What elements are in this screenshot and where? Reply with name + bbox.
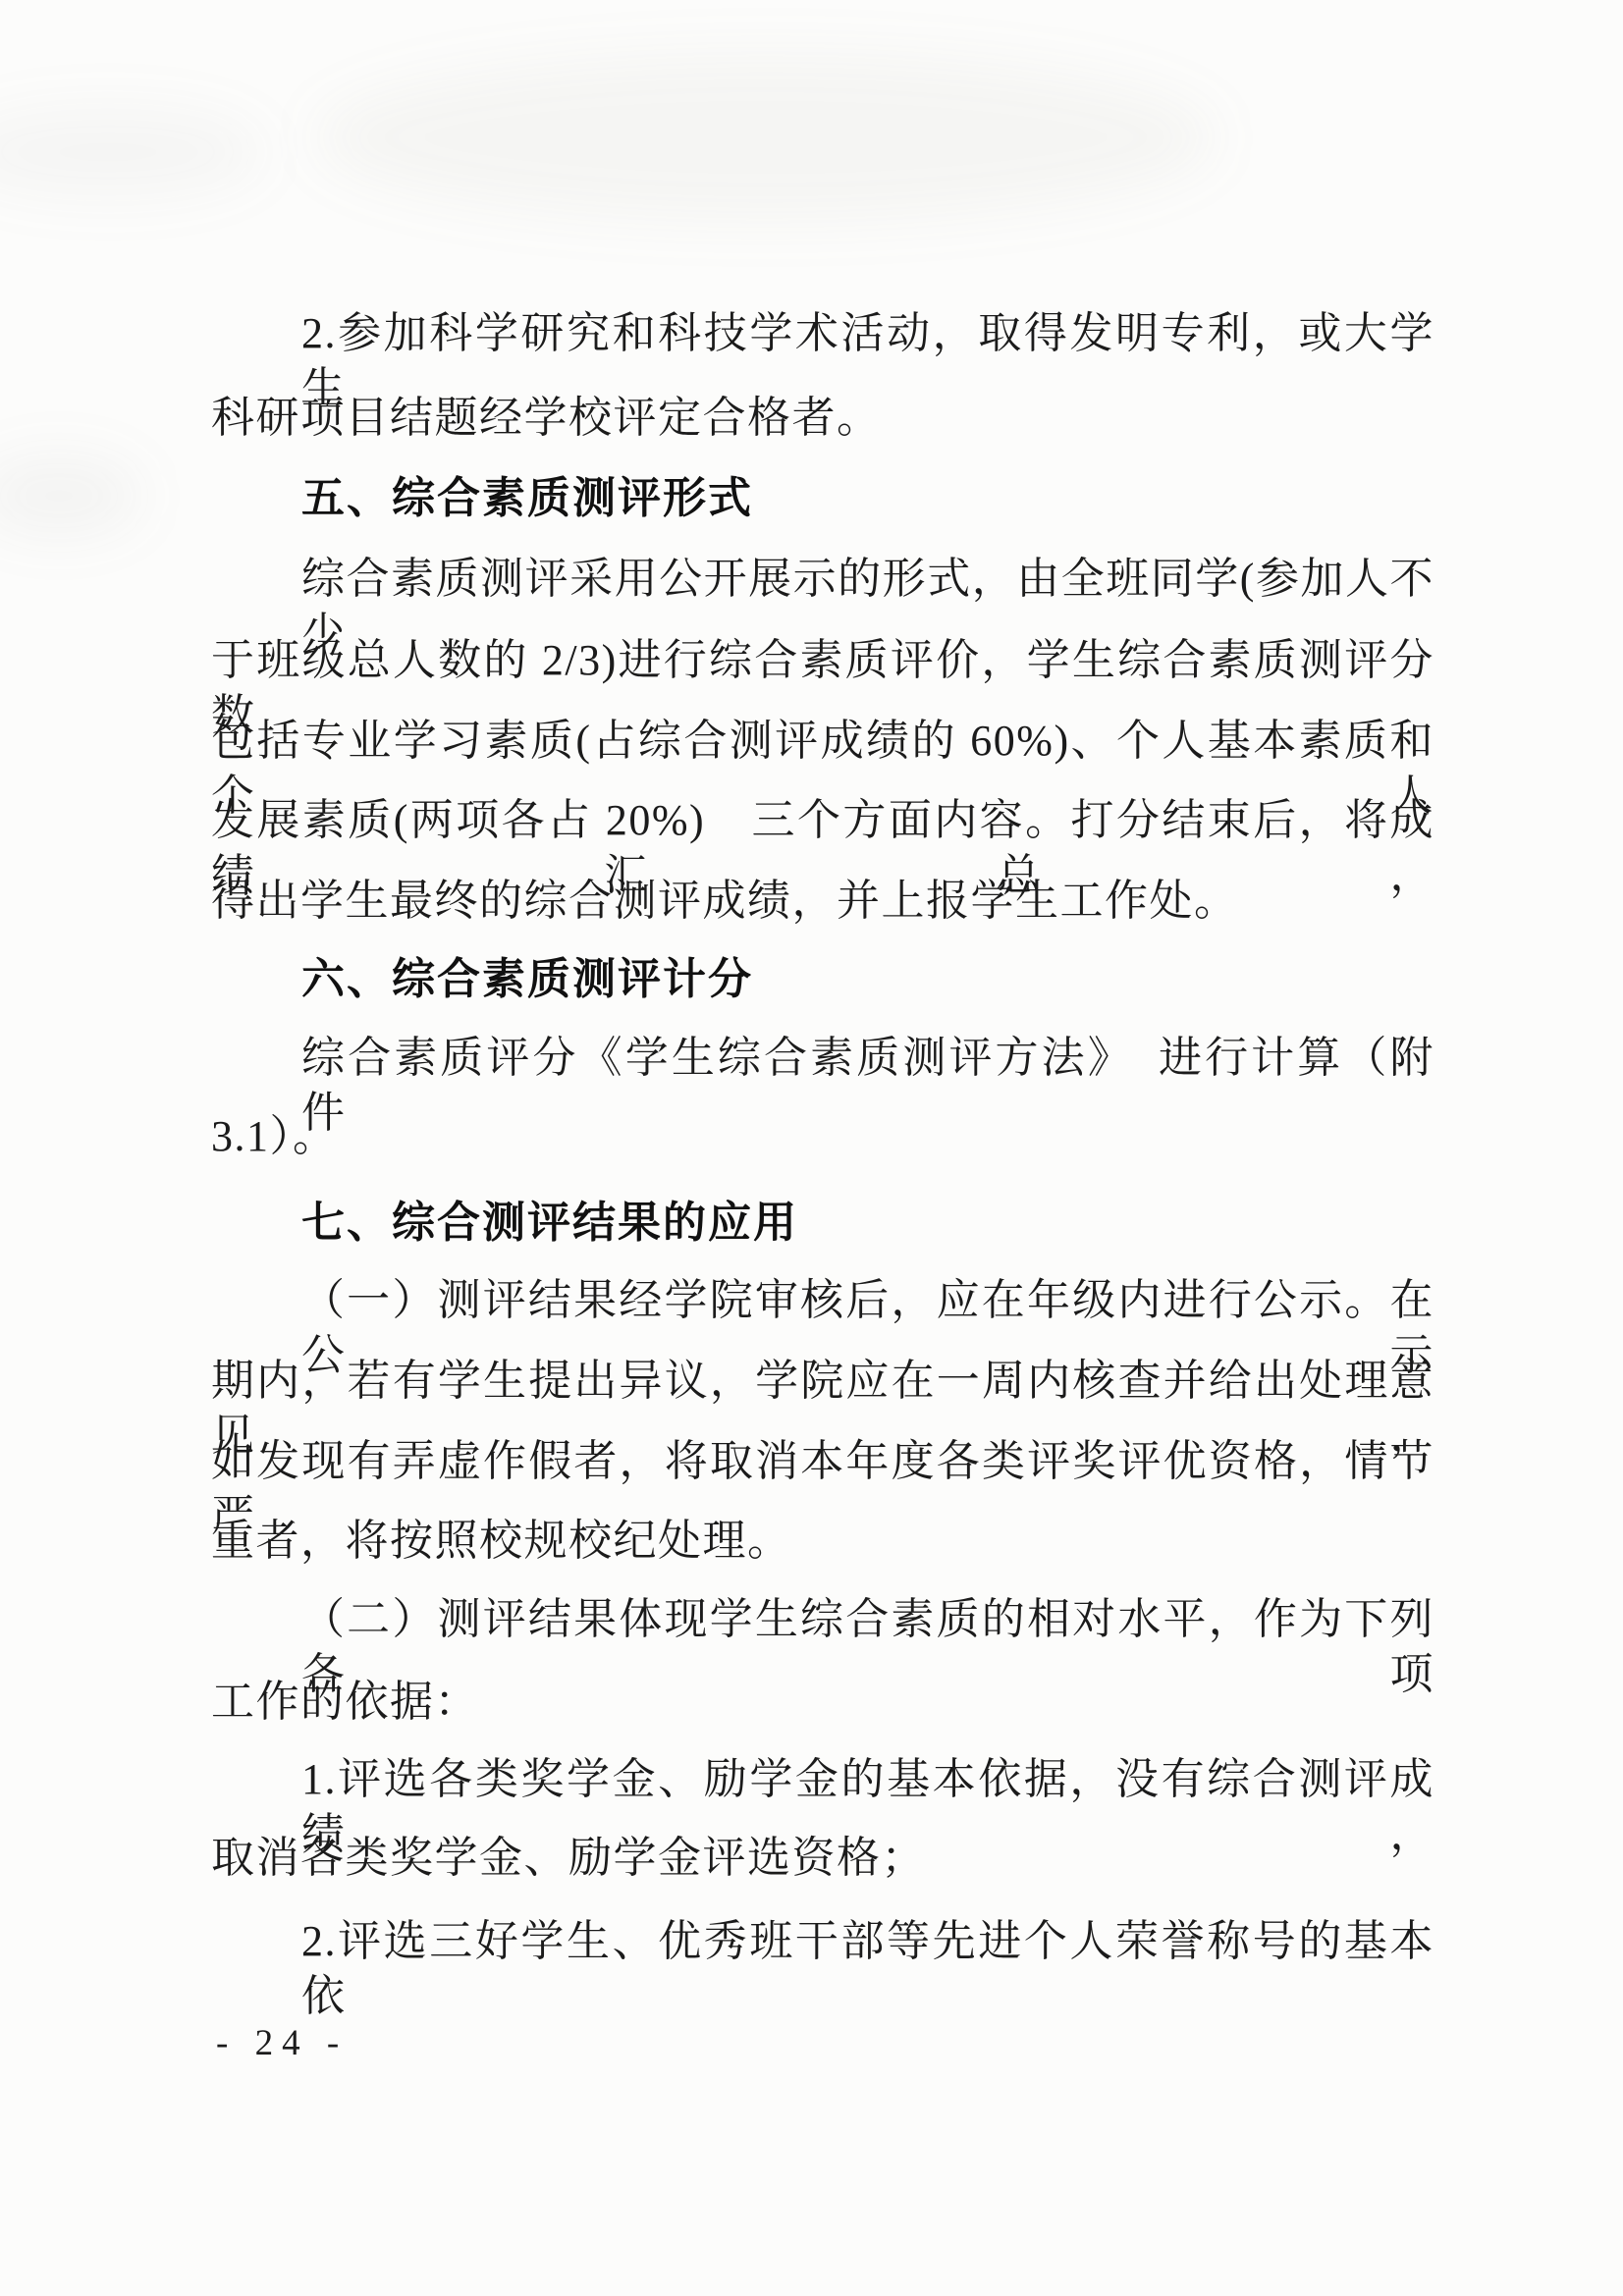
body-line: 工作的依据： xyxy=(211,1675,1434,1730)
body-line: 科研项目结题经学校评定合格者。 xyxy=(211,391,1434,446)
scan-artifact xyxy=(0,108,265,196)
body-line: 重者，将按照校规校纪处理。 xyxy=(211,1514,1434,1569)
document-page: 2.参加科学研究和科技学术活动，取得发明专利，或大学生 科研项目结题经学校评定合… xyxy=(0,0,1623,2296)
section-heading: 七、综合测评结果的应用 xyxy=(211,1196,1525,1251)
scan-artifact xyxy=(0,456,142,535)
section-heading: 六、综合素质测评计分 xyxy=(211,952,1525,1007)
body-line: 得出学生最终的综合测评成绩，并上报学生工作处。 xyxy=(211,874,1434,929)
section-heading: 五、综合素质测评形式 xyxy=(211,471,1525,526)
page-number: - 24 - xyxy=(216,2022,348,2064)
scan-artifact xyxy=(314,54,1217,221)
body-line: 取消各类奖学金、励学金评选资格； xyxy=(211,1831,1434,1886)
body-line: 3.1）。 xyxy=(211,1109,1434,1164)
body-line: 2.评选三好学生、优秀班干部等先进个人荣誉称号的基本依 xyxy=(211,1914,1434,2024)
